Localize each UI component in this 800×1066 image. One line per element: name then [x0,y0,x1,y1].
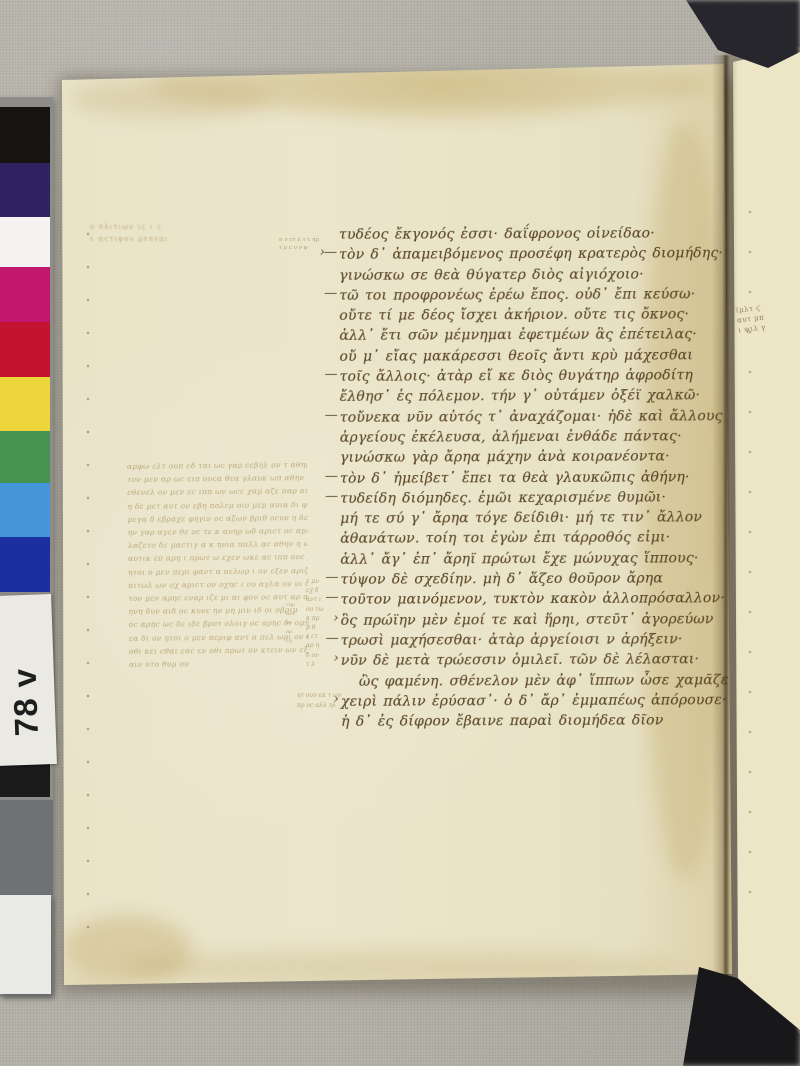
scholia-line: οθι κει ϲθαι εαϲ εν οθι πρωτ ον κτειν ων… [129,643,309,658]
text-line: —τοῦτον μαινόμενον, τυκτὸν κακὸν ἀλλοπρό… [340,588,742,610]
pricking-holes [86,232,90,954]
line-text: ὃς πρώϊην μὲν ἐμοί τε καὶ ἥρηι, στεῦτ᾽ ἀ… [341,611,714,629]
text-line: —τοὔνεκα νῦν αὐτός τ᾽ ἀναχάζομαι· ἠδὲ κα… [340,406,742,428]
line-prefix-mark: ›— [320,243,336,263]
text-line: γινώσκω γὰρ ἄρηα μάχην ἀνὰ κοιρανέοντα· [340,446,742,468]
color-patch [0,537,50,592]
line-text: τοῦτον μαινόμενον, τυκτὸν κακὸν ἀλλοπρόσ… [340,591,724,609]
line-text: τυδείδη διόμηδες. ἐμῶι κεχαρισμένε θυμῶι… [340,489,666,506]
line-text: γινώσκω γὰρ ἄρηα μάχην ἀνὰ κοιρανέοντα· [340,449,670,466]
line-prefix-mark: — [325,406,337,426]
text-line: —τύψον δὲ σχεδίην. μὴ δ᾽ ἅζεο θοῦρον ἄρη… [340,568,742,590]
line-text: τοὔνεκα νῦν αὐτός τ᾽ ἀναχάζομαι· ἠδὲ καὶ… [340,408,723,426]
line-prefix-mark: — [325,466,337,486]
text-line: —τῶ τοι προφρονέως ἐρέω ἔπος. οὐδ᾽ ἔπι κ… [339,284,741,306]
gray-scale-patch-mid [0,800,53,895]
text-line: τυδέος ἔκγονός ἐσσι· δαΐφρονος οἰνείδαο· [339,223,741,245]
line-text: ἔλθησ᾽ ἐς πόλεμον. τήν γ᾽ οὐτάμεν ὀξέϊ χ… [340,388,701,406]
manuscript-page-78v: ο πλιτιων ιϛ ι ϛε αϲτιφον ρεπναι π ν ϲτ … [0,0,800,1066]
gloss-line: ου τω [306,605,346,614]
color-patch [0,483,50,537]
marginal-gloss-column: ητ ουν εκ τ ωνπρ οϲ αλλ ηλ [297,691,345,710]
text-line: ἀλλ᾽ ἔτι σῶν μέμνημαι ἐφετμέων ἃς ἐπέτει… [339,325,741,347]
scholia-line: ϲθενελ ον μεν εϲ ιππ ων ωϲε χαμ αζε παρ … [127,484,307,499]
line-text: ἡ δ᾽ ἐς δίφρον ἔβαινε παραὶ διομήδεα δῖο… [341,713,663,730]
line-text: ἀθανάτων. τοίη τοι ἐγὼν ἐπι τάρροθός εἰμ… [340,530,670,547]
text-line: ›χειρὶ πάλιν ἐρύσασ᾽· ὁ δ᾽ ἄρ᾽ ἐμμαπέως … [341,690,743,712]
main-text-block: τυδέος ἔκγονός ἐσσι· δαΐφρονος οἰνείδαο·… [339,223,743,732]
gloss-line: αντ [286,610,306,619]
text-line: —τοῖς ἄλλοις· ἀτὰρ εἴ κε διὸς θυγάτηρ ἀφ… [340,365,742,387]
line-text: ὣς φαμένη. σθένελον μὲν ἀφ᾽ ἵππων ὦσε χα… [359,672,729,690]
color-patch [0,377,50,431]
line-text: ἀργείους ἐκέλευσα, ἀλήμεναι ἐνθάδε πάντα… [340,428,682,445]
scholia-line: αυτικ επ αρη ι πρωτ ω εχεν ωκε αϲ ιππ ου… [128,550,308,565]
line-text: τρωσὶ μαχήσεσθαι· ἀτὰρ ἀργείοισι ν ἀρήξε… [341,631,683,648]
gloss-line: αντ ι [306,595,346,604]
gloss-line: ου [286,619,306,628]
line-text: τὸν δ᾽ ἀπαμειβόμενος προσέφη κρατερὸς δι… [339,246,723,264]
gray-scale-patch-white [0,895,51,994]
gutter-shadow [712,55,738,980]
parchment-stain [70,78,270,118]
line-text: τοῖς ἄλλοις· ἀτὰρ εἴ κε διὸς θυγάτηρ ἀφρ… [340,367,693,385]
gloss-line: πρ οϲ αλλ ηλ [297,701,345,711]
faded-stamp: ο πλιτιων ιϛ ι ϛε αϲτιφον ρεπναι [90,221,182,245]
stamp-line: ε αϲτιφον ρεπναι [90,233,182,245]
text-line: ἀργείους ἐκέλευσα, ἀλήμεναι ἐνθάδε πάντα… [340,426,742,448]
gloss-line: μ θ [306,623,346,632]
facing-page-marginal-note: ϊμλτ ϛαυτ μπι ψιλ γ [735,300,784,335]
text-line: ἀλλ᾽ ἄγ᾽ ἐπ᾽ ἄρηϊ πρώτωι ἔχε μώνυχας ἵππ… [340,548,742,570]
line-text: τυδέος ἔκγονός ἐσσι· δαΐφρονος οἰνείδαο· [339,226,655,243]
text-line: ἡ δ᾽ ἐς δίφρον ἔβαινε παραὶ διομήδεα δῖο… [341,710,743,732]
manuscript-photo: ϊμλτ ϛαυτ μπι ψιλ γ ο πλιτιων ιϛ ι ϛε αϲ… [0,0,800,1066]
text-line: ›ὃς πρώϊην μὲν ἐμοί τε καὶ ἥρηι, στεῦτ᾽ … [341,609,743,631]
color-patch [0,322,50,377]
color-patch [0,217,50,267]
line-text: χειρὶ πάλιν ἐρύσασ᾽· ὁ δ᾽ ἄρ᾽ ἐμμαπέως ἀ… [341,692,727,710]
gloss-line: δ ον [306,651,346,660]
text-line: μή τε σύ γ᾽ ἄρηα τόγε δείδιθι· μή τε τιν… [340,507,742,529]
line-text: ἀλλ᾽ ἄγ᾽ ἐπ᾽ ἄρηϊ πρώτωι ἔχε μώνυχας ἵππ… [340,550,698,568]
color-patch-stack [0,107,50,592]
gloss-line: αρ η [306,641,346,650]
marginal-gloss-column: ϲημαντουπρλγ [286,601,306,646]
gloss-line: λγ [286,637,306,646]
color-patch [0,163,50,217]
text-line: ἀθανάτων. τοίη τοι ἐγὼν ἐπι τάρροθός εἰμ… [340,528,742,550]
line-text: ἀλλ᾽ ἔτι σῶν μέμνημαι ἐφετμέων ἃς ἐπέτει… [339,327,697,345]
text-line: —τυδείδη διόμηδες. ἐμῶι κεχαρισμένε θυμῶ… [340,487,742,509]
color-patch [0,107,50,163]
gloss-line: ϲχ δ [306,586,346,595]
line-prefix-mark: — [325,365,337,385]
scholia-block: αμφω ελτ ουπ ϲδ ται ωϲ γαρ ϲεβηλ ον τ αθ… [127,458,309,671]
text-line: —τρωσὶ μαχήσεσθαι· ἀτὰρ ἀργείοισι ν ἀρήξ… [341,629,743,651]
text-line: οὔ μ᾽ εἴας μακάρεσσι θεοῖς ἄντι κρὺ μάχε… [339,345,741,367]
text-line: οὔτε τί με δέος ἴσχει ἀκήριον. οὔτε τις … [339,304,741,326]
text-line: —τὸν δ᾽ ἠμείβετ᾽ ἔπει τα θεὰ γλαυκῶπις ἀ… [340,467,742,489]
text-line: ἔλθησ᾽ ἐς πόλεμον. τήν γ᾽ οὐτάμεν ὀξέϊ χ… [340,385,742,407]
folio-number-label: 78 v [0,594,57,766]
line-text: οὔτε τί με δέος ἴσχει ἀκήριον. οὔτε τις … [339,307,689,325]
line-text: οὔ μ᾽ εἴας μακάρεσσι θεοῖς ἄντι κρὺ μάχε… [339,347,693,365]
text-line: ›—τὸν δ᾽ ἀπαμειβόμενος προσέφη κρατερὸς … [339,243,741,265]
marginal-gloss-column: τ μνϲχ δαντ ιου τωκ πρμ θε ϲταρ ηδ οντ λ [306,577,346,669]
line-text: τῶ τοι προφρονέως ἐρέω ἔπος. οὐδ᾽ ἔπι κε… [339,286,695,304]
gloss-line: ϲημ [286,601,306,610]
line-text: τὸν δ᾽ ἠμείβετ᾽ ἔπει τα θεὰ γλαυκῶπις ἀθ… [340,469,690,487]
gloss-line: ε ϲτ [306,632,346,641]
color-patch [0,431,50,483]
line-text: νῦν δὲ μετὰ τρώεσσιν ὁμιλεῖ. τῶν δὲ λέλα… [341,652,699,670]
line-text: μή τε σύ γ᾽ ἄρηα τόγε δείδιθι· μή τε τιν… [340,509,702,527]
text-line: ὣς φαμένη. σθένελον μὲν ἀφ᾽ ἵππων ὦσε χα… [341,670,743,692]
gloss-line: πρ [286,628,306,637]
folio-number-text: 78 v [5,636,48,767]
line-text: τύψον δὲ σχεδίην. μὴ δ᾽ ἅζεο θοῦρον ἄρηα [340,571,663,588]
line-prefix-mark: — [325,487,337,507]
gloss-line: ητ ουν εκ τ ων [297,691,345,701]
text-line: ›νῦν δὲ μετὰ τρώεσσιν ὁμιλεῖ. τῶν δὲ λέλ… [341,649,743,671]
gloss-line: κ πρ [306,614,346,623]
color-patch [0,267,50,322]
stamp-line: ο πλιτιων ιϛ ι ϛ [90,221,182,233]
text-line: γινώσκω σε θεὰ θύγατερ διὸς αἰγιόχοιο· [339,264,741,286]
scholia-line: αιν υτο θυμ ον [129,656,309,671]
gloss-line: τ λ [306,660,346,669]
line-text: γινώσκω σε θεὰ θύγατερ διὸς αἰγιόχοιο· [339,266,644,283]
gloss-line: τ μν [306,577,346,586]
line-prefix-mark: — [324,284,336,304]
